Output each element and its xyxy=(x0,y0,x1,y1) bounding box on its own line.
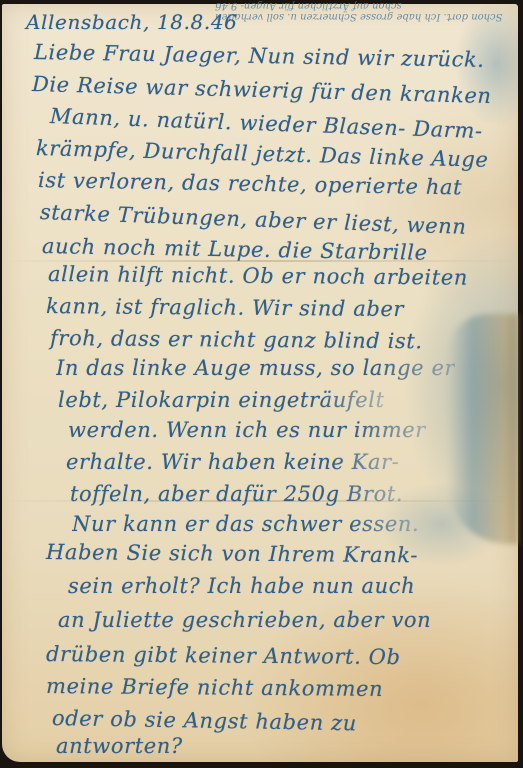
letter-line: toffeln, aber dafür 250g Brot. xyxy=(70,482,403,506)
letter-line: Haben Sie sich von Ihrem Krank- xyxy=(46,540,418,567)
letter-line: Die Reise war schwierig für den kranken xyxy=(32,72,492,108)
letter-line: ist verloren, das rechte, operierte hat xyxy=(38,168,463,199)
letter-place-date: Allensbach, 18.8.46 xyxy=(26,10,237,34)
letter-line: starke Trübungen, aber er liest, wenn xyxy=(40,200,467,239)
letter-line: werden. Wenn ich es nur immer xyxy=(68,418,426,442)
letter-line: erhalte. Wir haben keine Kar- xyxy=(66,450,399,474)
letter-line: antworten? xyxy=(56,734,183,758)
letter-line: lebt, Pilokarpin eingeträufelt xyxy=(58,388,385,412)
letter-line: kann, ist fraglich. Wir sind aber xyxy=(46,294,404,321)
letter-line: froh, dass er nicht ganz blind ist. xyxy=(50,326,423,353)
letter-line: auch noch mit Lupe. die Starbrille xyxy=(42,234,428,265)
letter-line: Nur kann er das schwer essen. xyxy=(72,512,419,536)
letter-line: allein hilft nicht. Ob er noch arbeiten xyxy=(48,262,468,290)
letter-line: In das linke Auge muss, so lange er xyxy=(56,356,455,380)
letter-body: Allensbach, 18.8.46 Liebe Frau Jaeger, N… xyxy=(0,0,523,768)
letter-line: an Juliette geschrieben, aber von xyxy=(58,608,431,632)
letter-line: sein erholt? Ich habe nun auch xyxy=(68,574,415,598)
letter-line: oder ob sie Angst haben zu xyxy=(52,706,357,735)
letter-line: krämpfe, Durchfall jetzt. Das linke Auge xyxy=(36,136,489,172)
letter-line: drüben gibt keiner Antwort. Ob xyxy=(46,642,401,669)
scanned-letter: Schon dort. Ich habe grosse Schmerzen u.… xyxy=(0,0,523,768)
letter-greeting: Liebe Frau Jaeger, Nun sind wir zurück. xyxy=(34,40,485,72)
letter-line: meine Briefe nicht ankommen xyxy=(46,674,383,701)
